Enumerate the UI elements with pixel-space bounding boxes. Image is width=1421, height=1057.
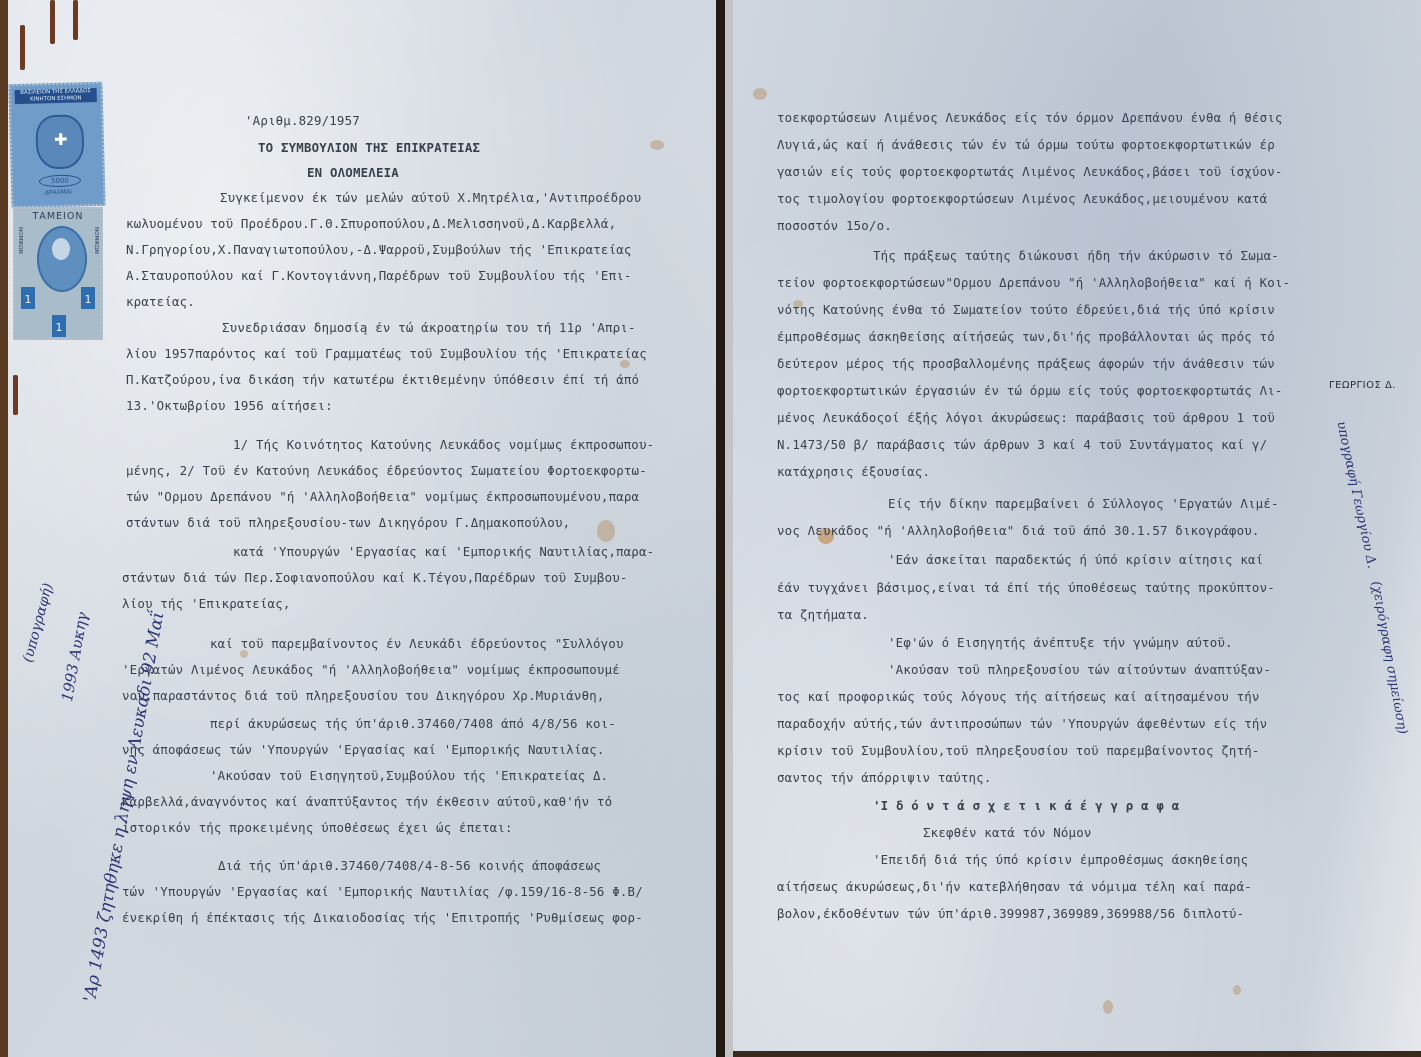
text-line: νότης Κατούνης ένθα τό Σωματείον τούτο έ… (777, 302, 1275, 317)
stamp-value: 5000 (39, 174, 81, 187)
left-document-page: ΒΑΣΙΛΕΙΟΝ ΤΗΣ ΕΛΛΑΔΟΣ ΚΙΝΗΤΟΝ ΕΣΗΜΟΝ ✚ 5… (0, 0, 716, 1057)
stamp-header: ΒΑΣΙΛΕΙΟΝ ΤΗΣ ΕΛΛΑΔΟΣ ΚΙΝΗΤΟΝ ΕΣΗΜΟΝ (15, 88, 97, 104)
text-line: νής άποφάσεως τών 'Υπουργών 'Εργασίας κα… (122, 742, 605, 757)
text-line: σαντος τήν άπόρριψιν ταύτης. (777, 770, 991, 785)
legal-fund-stamp: ΤΑΜΕΙΟΝ ΝΟΜΙΚΩΝ ΝΟΜΙΚΩΝ 1 1 1 (13, 207, 103, 340)
page-title: ΤΟ ΣΥΜΒΟΥΛΙΟΝ ΤΗΣ ΕΠΙΚΡΑΤΕΙΑΣ (258, 140, 480, 155)
text-line: κατάχρησις έξουσίας. (777, 464, 930, 479)
text-line: τών "Ορμου Δρεπάνου "ή 'Αλληλοβοήθεια" ν… (126, 489, 639, 504)
text-line: νος Λευκάδος "ή 'Αλληλοβοήθεια" διά τοϋ … (777, 523, 1260, 538)
text-line: περί άκυρώσεως τής ύπ'άριθ.37460/7408 άπ… (210, 716, 616, 731)
handwritten-signature: (υπογραφή) (20, 581, 57, 664)
text-line: 'Ακούσαν τοϋ πληρεξουσίου τών αίτούντων … (888, 662, 1271, 677)
binding-hole (50, 0, 55, 44)
text-line: καί τοϋ παρεμβαίνοντος έν Λευκάδι έδρεύο… (210, 636, 624, 651)
text-line: στάντων διά τών Περ.Σοφιανοπούλου καί Κ.… (122, 570, 628, 585)
coat-of-arms-icon: ✚ (35, 114, 84, 169)
stamp-currency: ΔΡΑΧΜΑΙ (13, 188, 103, 197)
text-line: λίου 1957παρόντος καί τοϋ Γραμματέως τοϋ… (126, 346, 647, 361)
text-line: ποσοστόν 15ο/ο. (777, 218, 892, 233)
text-line: βολον,έκδοθέντων τών ύπ'άριθ.399987,3699… (777, 906, 1244, 921)
text-line: Α.Σταυροπούλου καί Γ.Κοντογιάννη,Παρέδρω… (126, 268, 632, 283)
text-line: κρίσιν τοϋ Συμβουλίου,τοϋ πληρεξουσίου τ… (777, 743, 1260, 758)
text-line: τος καί προφορικώς τούς λόγους τής αίτήσ… (777, 689, 1260, 704)
text-line: λίου τής 'Επικρατείας, (122, 596, 291, 611)
revenue-stamp: ΒΑΣΙΛΕΙΟΝ ΤΗΣ ΕΛΛΑΔΟΣ ΚΙΝΗΤΟΝ ΕΣΗΜΟΝ ✚ 5… (8, 82, 105, 208)
section-heading: Σκεφθέν κατά τόν Νόμον (923, 825, 1092, 840)
text-line: 'Επειδή διά τής ύπό κρίσιν έμπροθέσμως ά… (873, 852, 1248, 867)
text-line: δεύτερον μέρος τής προσβαλλομένης πράξεω… (777, 356, 1275, 371)
text-line: Τής πράξεως ταύτης διώκουσι ήδη τήν άκύρ… (873, 248, 1279, 263)
text-line: στάντων διά τοϋ πληρεξουσίου-των Δικηγόρ… (126, 515, 570, 530)
text-line: Ν.1473/50 β/ παράβασις τών άρθρων 3 καί … (777, 437, 1267, 452)
text-line: 13.'Οκτωβρίου 1956 αίτήσει: (126, 398, 333, 413)
stamp-title: ΤΑΜΕΙΟΝ (15, 211, 101, 222)
text-line: τα ζητήματα. (777, 607, 869, 622)
binding-hole (20, 25, 25, 70)
text-line: έάν τυγχάνει βάσιμος,είναι τά έπί τής ύπ… (777, 580, 1275, 595)
text-line: κρατείας. (126, 294, 195, 309)
text-line: ίστορικόν τής προκειμένης ύποθέσεως έχει… (122, 820, 513, 835)
text-line: Λυγιά,ώς καί ή άνάθεσις τών έν τώ όρμω τ… (777, 137, 1275, 152)
name-stamp: ΓΕΩΡΓΙΟΣ Δ. (1329, 380, 1396, 391)
text-line: κωλυομένου τοϋ Προέδρου.Γ.Θ.Σπυροπούλου,… (126, 216, 616, 231)
text-line: αίτήσεως άκυρώσεως,δι'ήν κατεβλήθησαν τά… (777, 879, 1252, 894)
right-document-page: τοεκφορτώσεων Λιμένος Λευκάδος είς τόν ό… (733, 0, 1421, 1057)
text-line: τείον φορτοεκφορτώσεων"Ορμου Δρεπάνου "ή… (777, 275, 1290, 290)
text-line: έμπροθέσμως άσκηθείσης αίτήσεώς των,δι'ή… (777, 329, 1275, 344)
binding-hole (13, 375, 18, 415)
text-line: Είς τήν δίκην παρεμβαίνει ό Σύλλογος 'Ερ… (888, 496, 1279, 511)
text-line: τοεκφορτώσεων Λιμένος Λευκάδος είς τόν ό… (777, 110, 1283, 125)
binding-hole (73, 0, 78, 40)
text-line: τών 'Υπουργών 'Εργασίας καί 'Εμπορικής Ν… (122, 884, 643, 899)
handwritten-margin-note: (χειρόγραφη σημείωση) (1368, 580, 1410, 735)
reference-number: 'Αριθμ.829/1957 (245, 113, 360, 128)
text-line: 'Εάν άσκείται παραδεκτώς ή ύπό κρίσιν αί… (888, 552, 1263, 567)
text-line: 1/ Τής Κοινότητος Κατούνης Λευκάδος νομί… (233, 437, 654, 452)
text-line: Συνεδριάσαν δημοσίą έν τώ άκροατηρίω του… (222, 320, 636, 335)
section-heading: 'Ι δ ό ν τ ά σ χ ε τ ι κ ά έ γ γ ρ α φ α (873, 798, 1179, 813)
portrait-icon (37, 226, 87, 292)
text-line: φορτοεκφορτωτικών έργασιών έν τώ όρμω εί… (777, 383, 1283, 398)
text-line: παραδοχήν αύτής,τών άντιπροσώπων τών 'Υπ… (777, 716, 1267, 731)
text-line: τος τιμολογίου φορτοεκφορτώσεων Λιμένος … (777, 191, 1267, 206)
page-divider (716, 0, 733, 1057)
text-line: 'Εργατών Λιμένος Λευκάδος "ή 'Αλληλοβοήθ… (122, 662, 620, 677)
text-line: γασιών είς τούς φορτοεκφορτωτάς Λιμένος … (777, 164, 1283, 179)
text-line: νου,παραστάντος διά τοϋ πληρεξουσίου του… (122, 688, 605, 703)
text-line: Συγκείμενον έκ τών μελών αύτοϋ Χ.Μητρέλι… (220, 190, 641, 205)
text-line: Διά τής ύπ'άριθ.37460/7408/4-8-56 κοινής… (218, 858, 601, 873)
text-line: μένης, 2/ Τοϋ έν Κατούνη Λευκάδος έδρεύο… (126, 463, 647, 478)
text-line: Ν.Γρηγορίου,Χ.Παναγιωτοπούλου,-Δ.Ψαρροϋ,… (126, 242, 632, 257)
text-line: μένος Λευκάδοςοί έξής λόγοι άκυρώσεως: π… (777, 410, 1275, 425)
text-line: κατά 'Υπουργών 'Εργασίας καί 'Εμπορικής … (233, 544, 654, 559)
text-line: Π.Κατζούρου,ίνα δικάση τήν κατωτέρω έκτι… (126, 372, 639, 387)
text-line: 'Ακούσαν τοϋ Εισηγητοϋ,Συμβούλου τής 'Επ… (210, 768, 608, 783)
text-line: 'Εφ'ών ό Εισηγητής άνέπτυξε τήν γνώμην α… (888, 635, 1233, 650)
handwritten-margin-note: 1993 Αυκηγ (58, 611, 91, 703)
page-subtitle: ΕΝ ΟΛΟΜΕΛΕΙΑ (307, 165, 399, 180)
handwritten-margin-note: υπογραφή Γεωργίου Δ. (1333, 420, 1379, 570)
text-line: ένεκρίθη ή έπέκτασις τής Δικαιοδοσίας τή… (122, 910, 643, 925)
text-line: Καρβελλά,άναγνόντος καί άναπτύξαντος τήν… (122, 794, 612, 809)
